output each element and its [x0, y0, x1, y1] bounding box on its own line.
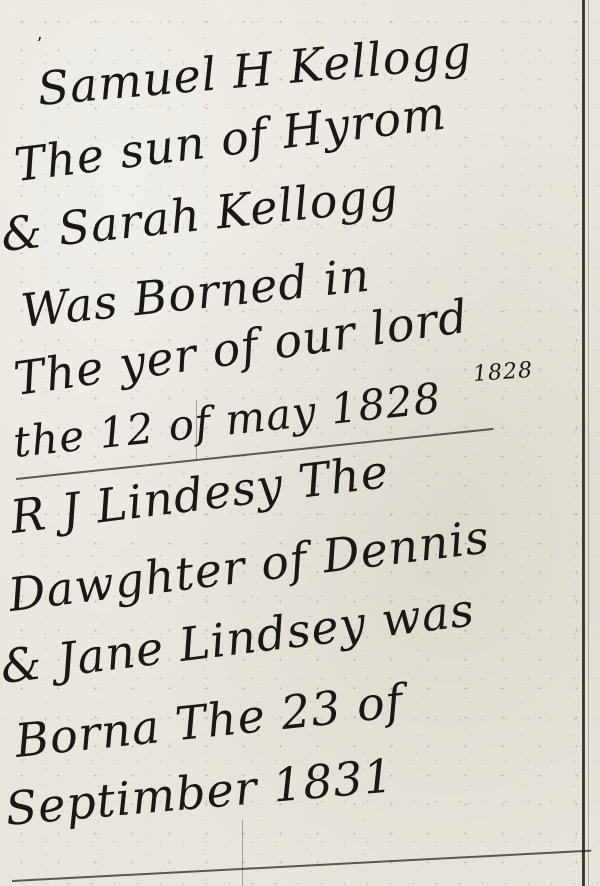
vertical-ruling-line-secondary — [588, 0, 589, 886]
entry-1-year-correction: 1828 — [472, 358, 534, 387]
vertical-ruling-line — [582, 0, 585, 886]
faint-ruling-mark — [242, 820, 243, 886]
ink-tick-mark: ʼ — [36, 34, 42, 55]
